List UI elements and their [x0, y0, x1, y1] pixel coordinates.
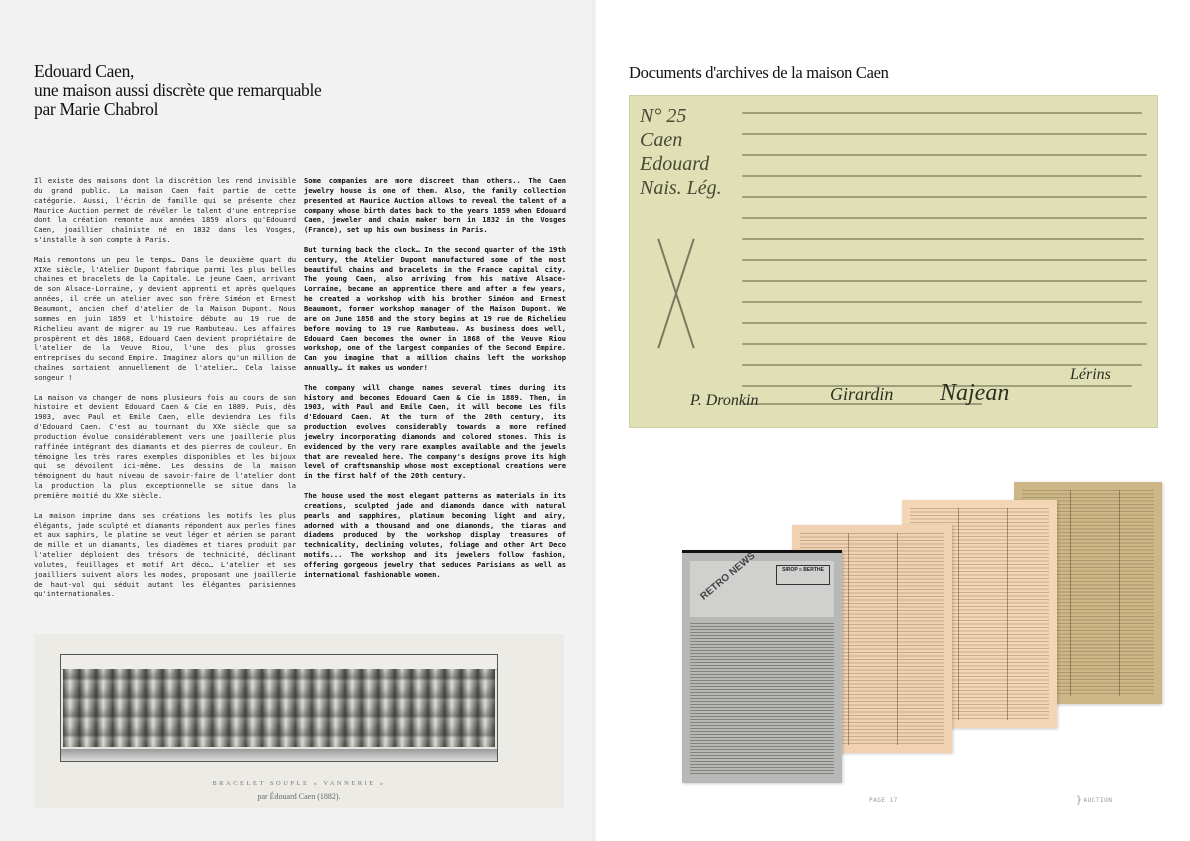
retronews-logo: RETRO NEWS [698, 551, 757, 603]
paragraph: The house used the most elegant patterns… [304, 491, 566, 580]
page-number: PAGE 17 [869, 797, 898, 804]
paragraph: But turning back the clock… In the secon… [304, 245, 566, 373]
brand-footer: }AUCTION [1076, 795, 1112, 806]
bracelet-engraving-image: BRACELET SOUPLE « VANNERIE » par Édouard… [34, 634, 564, 808]
signature: P. Dronkin [690, 392, 758, 410]
paragraph: Il existe des maisons dont la discrétion… [34, 176, 296, 245]
brand-name: AUCTION [1084, 797, 1113, 804]
article-author-line: par Marie Chabrol [34, 100, 322, 119]
newspaper-archive-stack: RETRO NEWS SIROP ≡ BERTHE [676, 470, 1176, 790]
article-title: Edouard Caen, une maison aussi discrète … [34, 62, 322, 119]
handwritten-archive-document: N° 25 Caen Edouard Nais. Lég. P. Dronkin… [629, 95, 1158, 428]
french-text-column: Il existe des maisons dont la discrétion… [34, 176, 296, 609]
english-text-column: Some companies are more discreet than ot… [304, 176, 566, 589]
image-caption-title: BRACELET SOUPLE « VANNERIE » [34, 780, 564, 787]
signature: Girardin [830, 384, 893, 405]
section-title: Documents d'archives de la maison Caen [629, 63, 889, 83]
newspaper-ad-box: SIROP ≡ BERTHE [776, 565, 830, 585]
newspaper-front-page: RETRO NEWS SIROP ≡ BERTHE [682, 550, 842, 783]
article-title-line: une maison aussi discrète que remarquabl… [34, 81, 322, 100]
paragraph: Mais remontons un peu le temps… Dans le … [34, 255, 296, 383]
signature: Najean [940, 380, 1009, 407]
article-title-line: Edouard Caen, [34, 62, 322, 81]
bracelet-illustration [60, 654, 498, 762]
paragraph: Some companies are more discreet than ot… [304, 176, 566, 235]
image-caption-credit: par Édouard Caen (1882). [34, 792, 564, 801]
manuscript-margin-notes: N° 25 Caen Edouard Nais. Lég. [640, 104, 730, 200]
paragraph: La maison imprime dans ses créations les… [34, 511, 296, 600]
paragraph: The company will change names several ti… [304, 383, 566, 481]
signature: Lérins [1070, 366, 1111, 384]
page-gutter [592, 0, 596, 841]
paragraph: La maison va changer de noms plusieurs f… [34, 393, 296, 501]
brace-logo-icon: } [1076, 795, 1083, 806]
